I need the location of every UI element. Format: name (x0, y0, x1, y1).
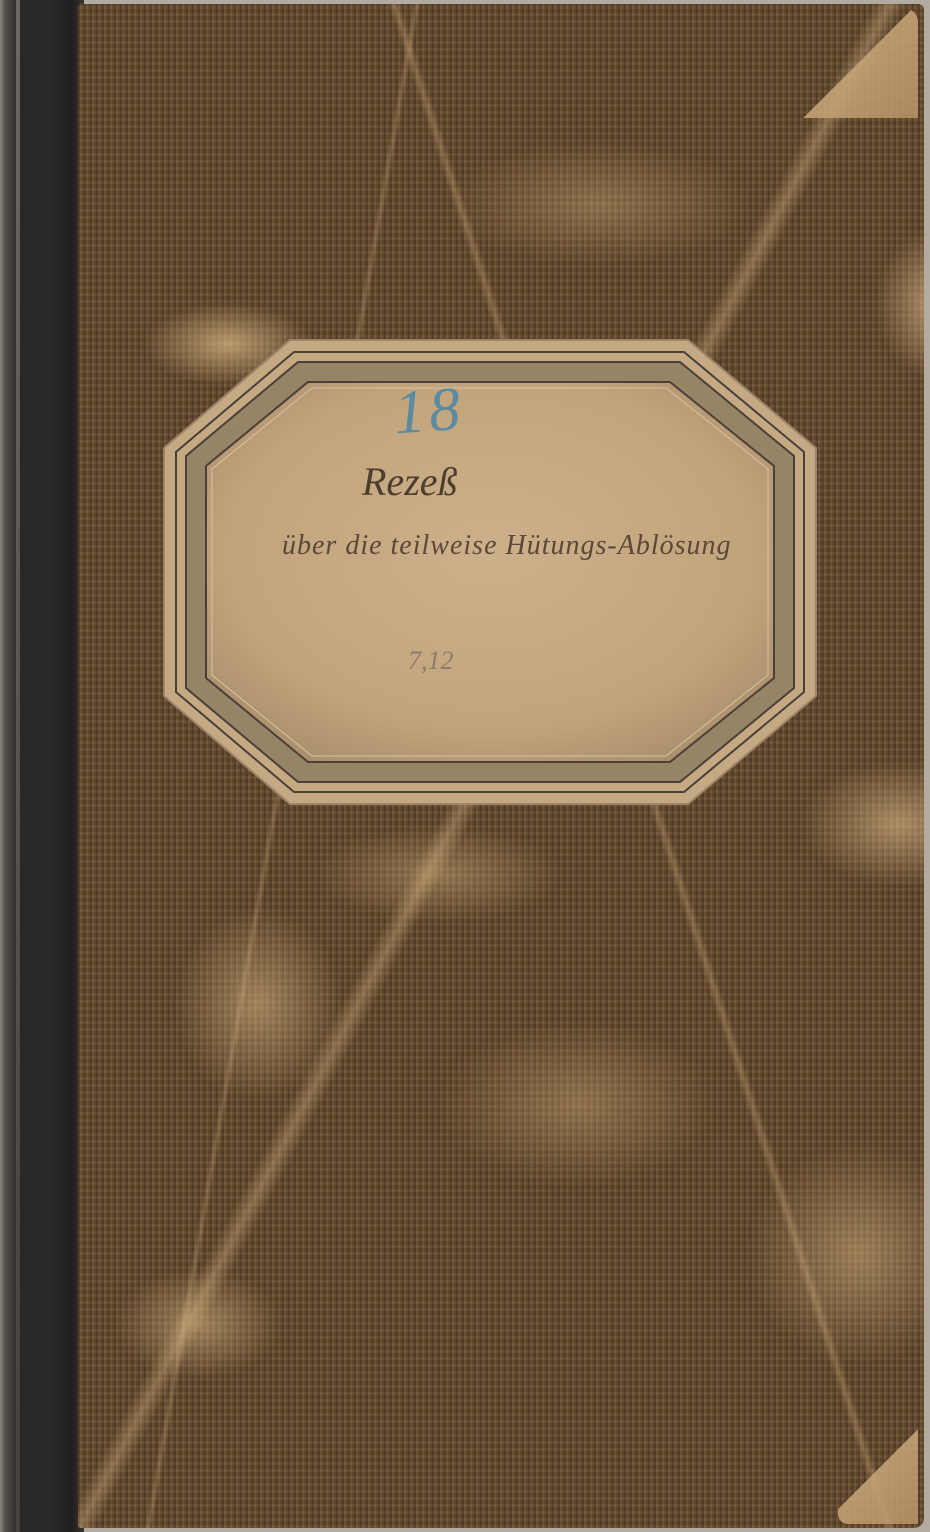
label-shelfmark: 7,12 (408, 646, 454, 676)
cover-label: 18 Rezeß über die teilweise Hütungs-Ablö… (162, 338, 818, 806)
label-number: 18 (392, 374, 467, 450)
octagonal-label-frame-icon (162, 338, 818, 806)
worn-corner-top-right (798, 8, 918, 118)
worn-corner-bottom-right (838, 1414, 918, 1524)
label-subtitle: über die teilweise Hütungs-Ablösung (282, 530, 732, 562)
book-photograph: 18 Rezeß über die teilweise Hütungs-Ablö… (0, 0, 930, 1532)
label-title: Rezeß (362, 458, 458, 505)
book-spine (0, 0, 84, 1532)
